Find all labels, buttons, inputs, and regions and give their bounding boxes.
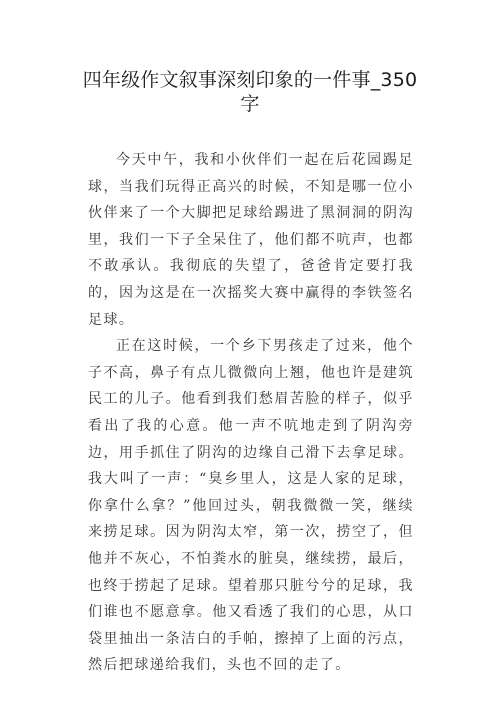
- document-page: 四年级作文叙事深刻印象的一件事_350字 今天中午，我和小伙伴们一起在后花园踢足…: [0, 0, 500, 708]
- document-title: 四年级作文叙事深刻印象的一件事_350字: [80, 68, 420, 116]
- paragraph: 正在这时候，一个乡下男孩走了过来，他个子不高，鼻子有点儿微微向上翘，他也许是建筑…: [88, 333, 414, 679]
- paragraph: 今天中午，我和小伙伴们一起在后花园踢足球，当我们玩得正高兴的时候，不知是哪一位小…: [88, 147, 414, 333]
- document-body: 今天中午，我和小伙伴们一起在后花园踢足球，当我们玩得正高兴的时候，不知是哪一位小…: [88, 147, 414, 679]
